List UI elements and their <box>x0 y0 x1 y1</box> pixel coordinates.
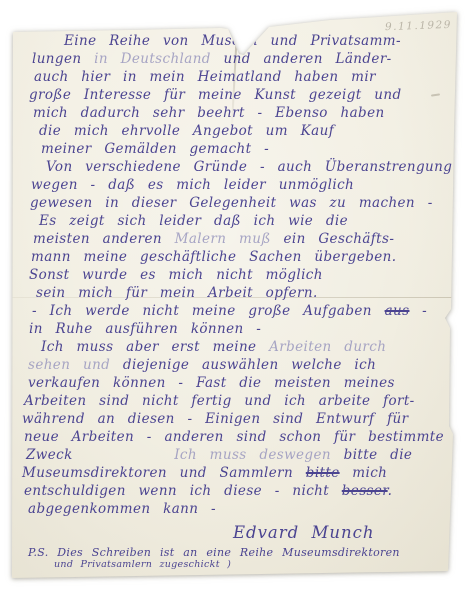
handwritten-text: mich dadurch sehr beehrt - Ebenso haben <box>33 105 385 121</box>
handwritten-text: Es zeigt sich leider daß ich wie die <box>39 213 348 229</box>
letter-line: meiner Gemälden gemacht - <box>41 140 449 158</box>
handwritten-text: große Interesse für meine Kunst gezeigt … <box>29 87 402 103</box>
letter-line: die mich ehrvolle Angebot um Kauf <box>39 122 449 140</box>
letter-line: auch hier in mein Heimatland haben mir <box>34 68 449 86</box>
handwritten-text: mich <box>340 465 388 481</box>
handwritten-text: ein Geschäfts- <box>271 231 395 247</box>
letter-line: mann meine geschäftliche Sachen übergebe… <box>31 248 449 266</box>
handwritten-text: . <box>388 483 393 499</box>
letter-paper: 9.11.1929 Eine Reihe von Museen und Priv… <box>10 11 459 581</box>
handwritten-text: Sonst wurde es mich nicht möglich <box>29 267 323 283</box>
handwritten-text: meiner Gemälden gemacht - <box>41 141 269 157</box>
handwritten-text: wegen - daß es mich leider unmöglich <box>31 177 354 193</box>
struck-word: besser <box>342 483 388 499</box>
letter-line: meisten anderen Malern muß ein Geschäfts… <box>33 230 449 248</box>
handwritten-text: Ich muss aber erst meine <box>41 339 269 355</box>
letter-line: neue Arbeiten - anderen sind schon für b… <box>24 428 449 446</box>
letter-line: Sonst wurde es mich nicht möglich <box>29 266 449 284</box>
struck-word: aus <box>385 303 410 319</box>
letter-line: Von verschiedene Gründe - auch Überanstr… <box>46 158 449 176</box>
letter-line: Es zeigt sich leider daß ich wie die <box>39 212 449 230</box>
handwritten-text: Von verschiedene Gründe - auch Überanstr… <box>46 159 452 175</box>
handwritten-text: - Ich werde nicht meine große Aufgaben <box>32 303 385 319</box>
letter-line: während an diesen - Einigen sind Entwurf… <box>22 410 449 428</box>
handwritten-text: mann meine geschäftliche Sachen übergebe… <box>31 249 396 265</box>
postscript: P.S. Dies Schreiben ist an eine Reihe Mu… <box>28 546 449 570</box>
letter-line: Arbeiten sind nicht fertig und ich arbei… <box>24 392 449 410</box>
letter-line: sehen und diejenige auswählen welche ich <box>28 356 449 374</box>
letter-line: mich dadurch sehr beehrt - Ebenso haben <box>33 104 449 122</box>
ps-line: und Privatsamlern zugeschickt ) <box>54 559 449 570</box>
handwritten-text: Ich muss deswegen <box>174 447 331 463</box>
struck-word: bitte <box>306 465 340 481</box>
letter-line: wegen - daß es mich leider unmöglich <box>31 176 449 194</box>
letter-line: Zweck Ich muss deswegen bitte die <box>26 446 449 464</box>
letter-photo: 9.11.1929 Eine Reihe von Museen und Priv… <box>0 0 465 599</box>
handwritten-text: Museumsdirektoren und Sammlern <box>22 465 306 481</box>
handwritten-text: in Deutschland <box>94 51 211 67</box>
handwritten-text: - <box>409 303 427 319</box>
handwritten-text: die mich ehrvolle Angebot um Kauf <box>39 123 334 139</box>
handwritten-text: verkaufen können - Fast die meisten mein… <box>28 375 395 391</box>
letter-line: - Ich werde nicht meine große Aufgaben a… <box>32 302 449 320</box>
letter-line: entschuldigen wenn ich diese - nicht bes… <box>24 482 449 500</box>
handwritten-text: entschuldigen wenn ich diese - nicht <box>24 483 342 499</box>
handwritten-text: Eine Reihe von Museen und Privatsamm- <box>64 33 401 49</box>
letter-line: große Interesse für meine Kunst gezeigt … <box>29 86 449 104</box>
letter-line: abgegenkommen kann - <box>28 500 449 518</box>
letter-line: sein mich für mein Arbeit opfern. <box>36 284 449 302</box>
letter-line: Museumsdirektoren und Sammlern bitte mic… <box>22 464 449 482</box>
signature: Edvard Munch <box>233 523 449 543</box>
handwritten-text: lungen <box>32 51 94 67</box>
handwritten-text: diejenige auswählen welche ich <box>110 357 376 373</box>
handwritten-text: Malern muß <box>175 231 271 247</box>
handwritten-text: Zweck <box>26 447 174 463</box>
handwritten-text: neue Arbeiten - anderen sind schon für b… <box>24 429 444 445</box>
handwritten-text: meisten anderen <box>33 231 175 247</box>
pencil-date: 9.11.1929 <box>385 19 452 33</box>
handwritten-text: abgegenkommen kann - <box>28 501 216 517</box>
letter-line: Eine Reihe von Museen und Privatsamm- <box>64 32 449 50</box>
handwritten-text: Arbeiten durch <box>269 339 386 355</box>
handwritten-text: und anderen Länder- <box>211 51 392 67</box>
handwritten-text: auch hier in mein Heimatland haben mir <box>34 69 376 85</box>
handwritten-text: während an diesen - Einigen sind Entwurf… <box>22 411 409 427</box>
handwritten-text: Arbeiten sind nicht fertig und ich arbei… <box>24 393 415 409</box>
letter-line: gewesen in dieser Gelegenheit was zu mac… <box>30 194 449 212</box>
letter-paper-wrap: 9.11.1929 Eine Reihe von Museen und Priv… <box>10 11 459 581</box>
letter-line: verkaufen können - Fast die meisten mein… <box>28 374 449 392</box>
letter-line: in Ruhe ausführen können - <box>29 320 449 338</box>
handwritten-text: sehen und <box>28 357 110 373</box>
ps-line: P.S. Dies Schreiben ist an eine Reihe Mu… <box>28 546 449 559</box>
handwritten-text: gewesen in dieser Gelegenheit was zu mac… <box>30 195 433 211</box>
handwritten-text: in Ruhe ausführen können - <box>29 321 261 337</box>
handwritten-text: sein mich für mein Arbeit opfern. <box>36 285 318 301</box>
letter-lines: Eine Reihe von Museen und Privatsamm-lun… <box>28 32 449 570</box>
letter-line: lungen in Deutschland und anderen Länder… <box>32 50 449 68</box>
handwritten-text: bitte die <box>331 447 412 463</box>
letter-line: Ich muss aber erst meine Arbeiten durch <box>41 338 449 356</box>
